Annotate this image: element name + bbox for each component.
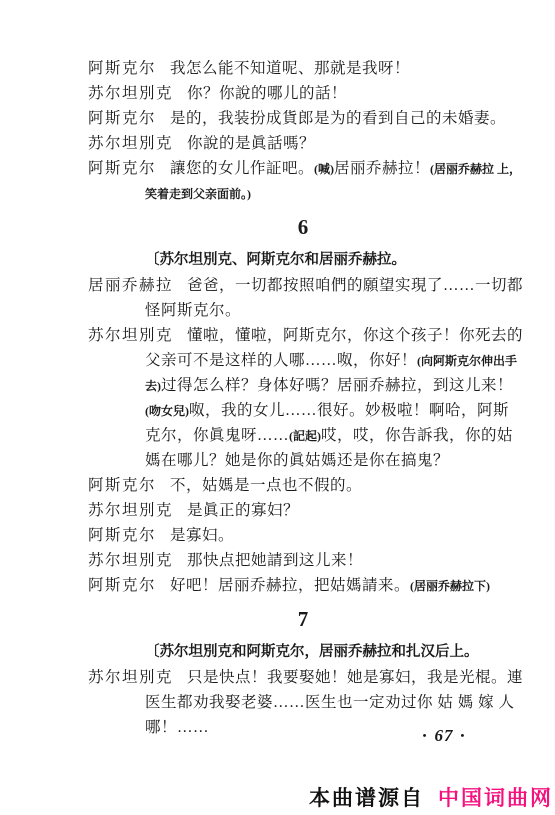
- watermark-site-name: 中国词曲网: [438, 786, 553, 810]
- dialogue-line: 苏尔坦別克你說的是眞話嗎？: [88, 131, 537, 156]
- script-page: 阿斯克尔我怎么能不知道呢、那就是我呀！苏尔坦別克你？你說的哪儿的話！阿斯克尔是的…: [0, 0, 555, 740]
- dialogue-text: 我怎么能不知道呢、那就是我呀！: [170, 60, 410, 77]
- speaker-name: 苏尔坦別克: [88, 327, 173, 344]
- dialogue-text: 哎，哎，你告訴我，你的姑: [321, 427, 513, 444]
- dialogue-line: (吻女兒)呶，我的女儿……很好。妙极啦！啊哈，阿斯: [88, 398, 537, 423]
- dialogue-line: 苏尔坦別克是眞正的寡妇？: [88, 498, 537, 523]
- dialogue-text: 是眞正的寡妇？: [187, 502, 299, 519]
- speaker-name: 阿斯克尔: [88, 160, 156, 177]
- scene-number: 7: [88, 605, 518, 633]
- stage-direction: 〔苏尔坦別克、阿斯克尔和居丽乔赫拉。: [88, 248, 537, 273]
- speaker-name: 苏尔坦別克: [88, 135, 173, 152]
- speaker-name: 苏尔坦別克: [88, 669, 173, 686]
- dialogue-line: 克尔，你眞鬼呀……(記起)哎，哎，你告訴我，你的姑: [88, 423, 537, 448]
- page-number-value: 67: [435, 726, 454, 745]
- dialogue-text: 只是快点！我要娶她！她是寡妇，我是光棍。連: [187, 669, 523, 686]
- speaker-name: 阿斯克尔: [88, 477, 156, 494]
- speaker-name: 苏尔坦別克: [88, 552, 173, 569]
- speaker-name: 苏尔坦別克: [88, 502, 173, 519]
- dialogue-text: 懂啦，懂啦，阿斯克尔，你这个孩子！你死去的: [187, 327, 523, 344]
- dialogue-line: 笑着走到父亲面前。): [88, 181, 537, 206]
- dialogue-line: 去)过得怎么样？身体好嗎？居丽乔赫拉，到这儿来！: [88, 373, 537, 398]
- dialogue-text: 怪阿斯克尔。: [145, 302, 241, 319]
- inline-stage-direction: (向阿斯克尔伸出手: [417, 354, 517, 368]
- inline-stage-direction: (居丽乔赫拉 上，: [430, 162, 521, 176]
- dialogue-line: 苏尔坦別克懂啦，懂啦，阿斯克尔，你这个孩子！你死去的: [88, 323, 537, 348]
- dialogue-line: 父亲可不是这样的人哪……呶，你好！(向阿斯克尔伸出手: [88, 348, 537, 373]
- page-number-left-dot: •: [416, 730, 435, 742]
- inline-stage-direction: (居丽乔赫拉下): [410, 579, 490, 593]
- dialogue-line: 阿斯克尔是的，我装扮成貨郎是为的看到自己的未婚妻。: [88, 106, 537, 131]
- dialogue-text: 是的，我装扮成貨郎是为的看到自己的未婚妻。: [170, 110, 506, 127]
- dialogue-text: 呶，我的女儿……很好。妙极啦！啊哈，阿斯: [189, 402, 509, 419]
- watermark: 本曲谱源自中国词曲网: [309, 782, 553, 812]
- dialogue-text: 不，姑媽是一点也不假的。: [170, 477, 362, 494]
- dialogue-text: 父亲可不是这样的人哪……呶，你好！: [145, 352, 417, 369]
- watermark-prefix: 本曲谱源自: [309, 786, 424, 810]
- speaker-name: 阿斯克尔: [88, 527, 156, 544]
- dialogue-text: 你？你說的哪儿的話！: [187, 85, 347, 102]
- dialogue-text: 居丽乔赫拉！: [334, 160, 430, 177]
- dialogue-text: 是寡妇。: [170, 527, 234, 544]
- inline-stage-direction: 去): [145, 379, 161, 393]
- inline-stage-direction: (記起): [289, 429, 321, 443]
- speaker-name: 阿斯克尔: [88, 110, 156, 127]
- speaker-name: 居丽乔赫拉: [88, 277, 173, 294]
- dialogue-line: 阿斯克尔是寡妇。: [88, 523, 537, 548]
- dialogue-line: 怪阿斯克尔。: [88, 298, 537, 323]
- speaker-name: 阿斯克尔: [88, 577, 156, 594]
- dialogue-line: 阿斯克尔好吧！居丽乔赫拉，把姑媽請来。(居丽乔赫拉下): [88, 573, 537, 598]
- dialogue-line: 媽在哪儿？她是你的眞姑媽还是你在搞鬼？: [88, 448, 537, 473]
- dialogue-text: 讓您的女儿作証吧。: [170, 160, 314, 177]
- dialogue-text: 你說的是眞話嗎？: [187, 135, 315, 152]
- dialogue-line: 居丽乔赫拉爸爸，一切都按照咱們的願望实現了……一切都: [88, 273, 537, 298]
- script-body: 阿斯克尔我怎么能不知道呢、那就是我呀！苏尔坦別克你？你說的哪儿的話！阿斯克尔是的…: [88, 56, 537, 740]
- page-number-right-dot: •: [454, 730, 473, 742]
- dialogue-text: 医生都劝我娶老婆……医生也一定劝过你 姑 媽 嫁 人: [145, 694, 515, 711]
- inline-stage-direction: 笑着走到父亲面前。): [145, 187, 251, 201]
- dialogue-line: 苏尔坦別克只是快点！我要娶她！她是寡妇，我是光棍。連: [88, 665, 537, 690]
- dialogue-line: 阿斯克尔我怎么能不知道呢、那就是我呀！: [88, 56, 537, 81]
- dialogue-text: 哪！……: [145, 719, 209, 736]
- scene-number: 6: [88, 213, 518, 241]
- dialogue-text: 克尔，你眞鬼呀……: [145, 427, 289, 444]
- dialogue-text: 那快点把她請到这儿来！: [187, 552, 363, 569]
- inline-stage-direction: (吻女兒): [145, 404, 189, 418]
- speaker-name: 苏尔坦別克: [88, 85, 173, 102]
- dialogue-text: 媽在哪儿？她是你的眞姑媽还是你在搞鬼？: [145, 452, 449, 469]
- page-number: •67•: [404, 726, 484, 746]
- dialogue-line: 医生都劝我娶老婆……医生也一定劝过你 姑 媽 嫁 人: [88, 690, 537, 715]
- dialogue-text: 过得怎么样？身体好嗎？居丽乔赫拉，到这儿来！: [161, 377, 513, 394]
- dialogue-line: 阿斯克尔讓您的女儿作証吧。(喊)居丽乔赫拉！(居丽乔赫拉 上，: [88, 156, 537, 181]
- dialogue-text: 爸爸，一切都按照咱們的願望实現了……一切都: [187, 277, 523, 294]
- speaker-name: 阿斯克尔: [88, 60, 156, 77]
- stage-direction: 〔苏尔坦別克和阿斯克尔，居丽乔赫拉和扎汉后上。: [88, 640, 537, 665]
- inline-stage-direction: (喊): [314, 162, 334, 176]
- dialogue-line: 苏尔坦別克那快点把她請到这儿来！: [88, 548, 537, 573]
- dialogue-line: 阿斯克尔不，姑媽是一点也不假的。: [88, 473, 537, 498]
- dialogue-text: 好吧！居丽乔赫拉，把姑媽請来。: [170, 577, 410, 594]
- dialogue-line: 苏尔坦別克你？你說的哪儿的話！: [88, 81, 537, 106]
